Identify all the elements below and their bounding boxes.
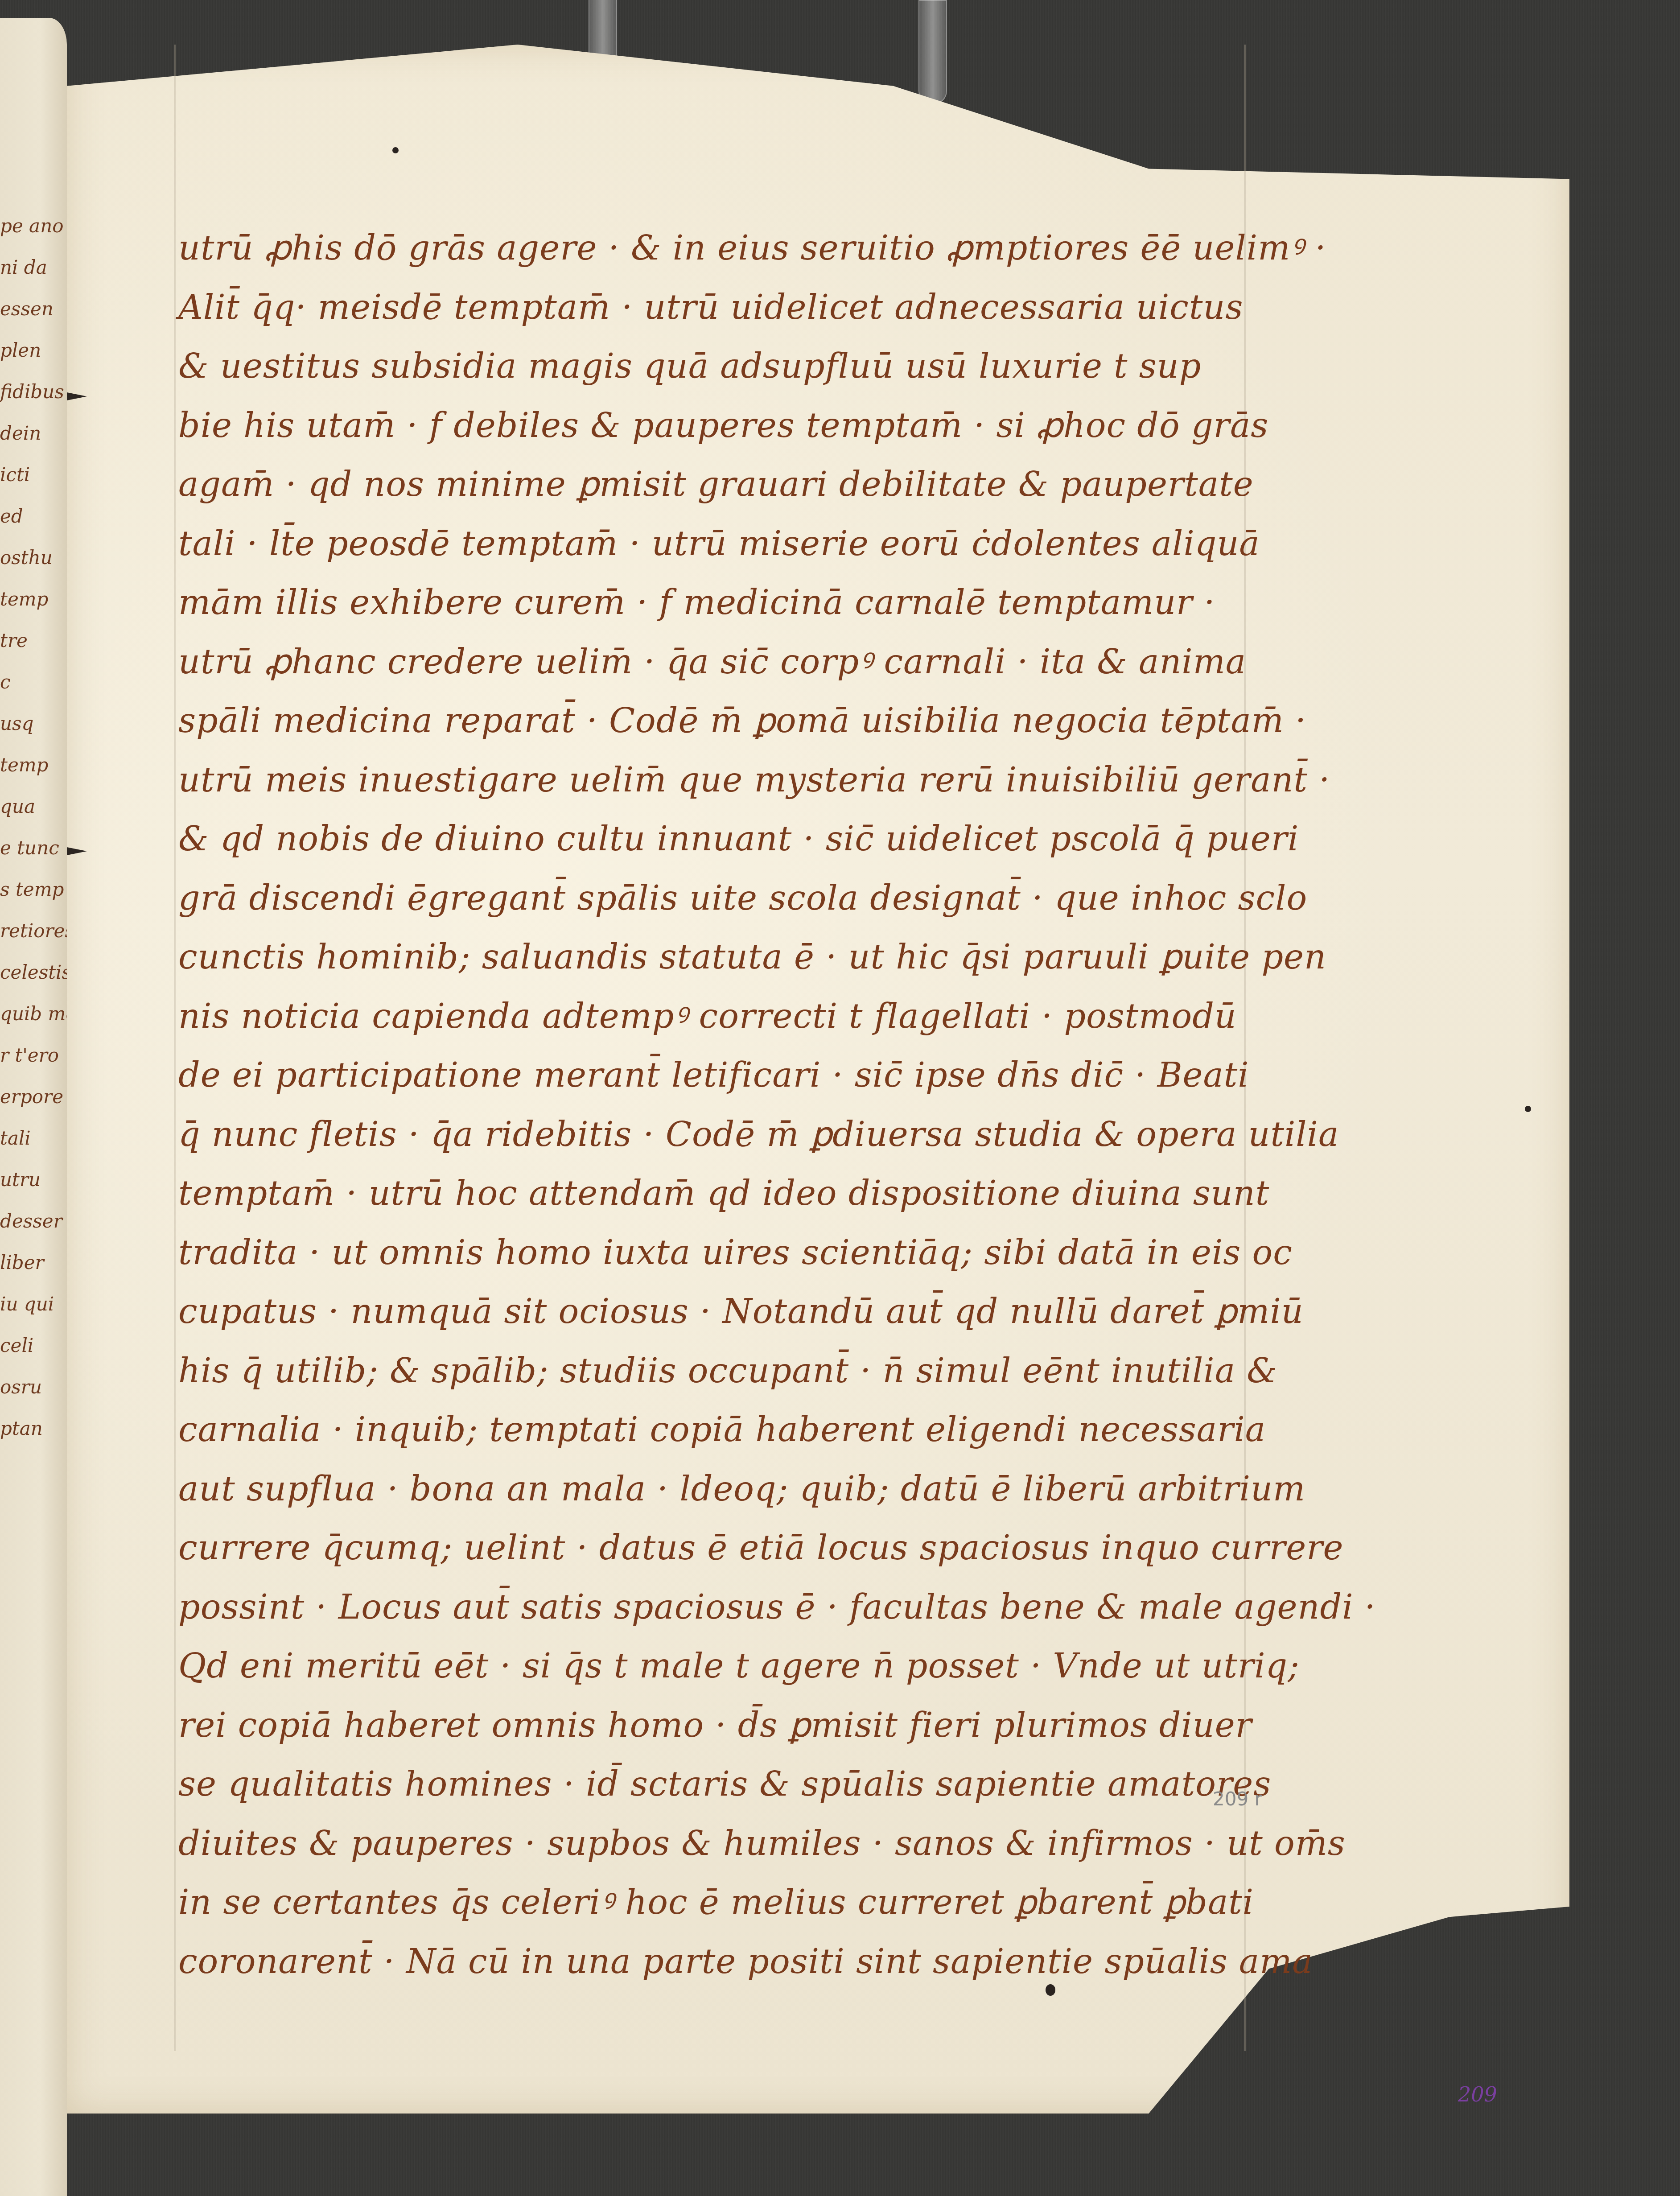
fragment: erpore bbox=[0, 1076, 67, 1117]
fragment: temp bbox=[0, 744, 67, 786]
text-line: utrū ꝓhanc credere uelim̄ · q̄a sic̄ cor… bbox=[178, 632, 1364, 692]
text-line: utrū meis inuestigare uelim̄ que mysteri… bbox=[178, 750, 1364, 810]
facing-page-edge: pe ano ni da essen plen fidibus dein ict… bbox=[0, 18, 67, 2196]
fragment: ed bbox=[0, 495, 67, 537]
fragment: utru bbox=[0, 1159, 67, 1200]
fragment: osthu bbox=[0, 537, 67, 578]
text-line: possint · Locus aut̄ satis spaciosus ē ·… bbox=[178, 1578, 1364, 1637]
text-line: de ei participatione merant̄ letificari … bbox=[178, 1046, 1364, 1105]
fragment: fidibus bbox=[0, 371, 67, 412]
text-line: aut supflua · bona an mala · ldeoq; quib… bbox=[178, 1459, 1364, 1519]
text-line: & uestitus subsidia magis quā adsupfluū … bbox=[178, 337, 1364, 396]
text-line: se qualitatis homines · id̄ sctaris & sp… bbox=[178, 1755, 1364, 1814]
fragment: tre bbox=[0, 620, 67, 661]
text-line: tradita · ut omnis homo iuxta uires scie… bbox=[178, 1223, 1364, 1282]
text-line: mām illis exhibere curem̄ · f medicinā c… bbox=[178, 573, 1364, 632]
fragment: quib me bbox=[0, 993, 67, 1034]
fragment: c bbox=[0, 661, 67, 703]
fragment: retiores bbox=[0, 910, 67, 952]
fragment: desser bbox=[0, 1200, 67, 1242]
manuscript-text-block: utrū ꝓhis dō grās agere · & in eius seru… bbox=[178, 218, 1364, 1991]
fragment: tali bbox=[0, 1117, 67, 1159]
fragment: celestis bbox=[0, 952, 67, 993]
fragment: s temp bbox=[0, 869, 67, 910]
text-line: rei copiā haberet omnis homo · d̄s ꝑmisi… bbox=[178, 1696, 1364, 1755]
fragment: celi bbox=[0, 1325, 67, 1366]
fragment: icti bbox=[0, 454, 67, 495]
ink-speck bbox=[1525, 1106, 1531, 1112]
text-line: cunctis hominib; saluandis statuta ē · u… bbox=[178, 927, 1364, 987]
text-line: bie his utam̄ · f debiles & pauperes tem… bbox=[178, 396, 1364, 455]
text-line: his q̄ utilib; & spālib; studiis occupan… bbox=[178, 1341, 1364, 1401]
fragment: pe ano bbox=[0, 205, 67, 247]
fragment: temp bbox=[0, 578, 67, 620]
text-line: q̄ nunc fletis · q̄a ridebitis · Codē m̄… bbox=[178, 1105, 1364, 1164]
text-line: nis noticia capienda adtempꝰ correcti t … bbox=[178, 987, 1364, 1046]
ink-speck bbox=[392, 147, 399, 153]
fragment: liber bbox=[0, 1242, 67, 1283]
text-line: in se certantes q̄s celeriꝰ hoc ē melius… bbox=[178, 1873, 1364, 1932]
fragment: essen bbox=[0, 288, 67, 330]
text-line: diuites & pauperes · supbos & humiles · … bbox=[178, 1814, 1364, 1873]
fragment: qua bbox=[0, 786, 67, 827]
fragment: dein bbox=[0, 412, 67, 454]
text-line: currere q̄cumq; uelint · datus ē etiā lo… bbox=[178, 1518, 1364, 1578]
text-line: spāli medicina reparat̄ · Codē m̄ ꝑomā u… bbox=[178, 691, 1364, 750]
facing-page-fragments: pe ano ni da essen plen fidibus dein ict… bbox=[0, 205, 67, 1449]
fragment: r t'ero bbox=[0, 1034, 67, 1076]
ruling-line-left bbox=[174, 45, 176, 2051]
fragment: usq bbox=[0, 703, 67, 744]
fragment: plen bbox=[0, 330, 67, 371]
text-line: coronarent̄ · Nā cū in una parte positi … bbox=[178, 1932, 1364, 1991]
text-line: & qd nobis de diuino cultu innuant · sic… bbox=[178, 809, 1364, 869]
fragment: ni da bbox=[0, 247, 67, 288]
text-line: temptam̄ · utrū hoc attendam̄ qd ideo di… bbox=[178, 1164, 1364, 1223]
fragment: osru bbox=[0, 1366, 67, 1408]
text-line: agam̄ · qd nos minime ꝑmisit grauari deb… bbox=[178, 455, 1364, 514]
page-holder-clip bbox=[918, 0, 947, 104]
pencil-folio-number: 209 r bbox=[1213, 1788, 1262, 1810]
text-line: utrū ꝓhis dō grās agere · & in eius seru… bbox=[178, 218, 1364, 278]
text-line: Qd eni meritū eēt · si q̄s t male t ager… bbox=[178, 1636, 1364, 1696]
text-line: grā discendi ēgregant̄ spālis uite scola… bbox=[178, 869, 1364, 928]
text-line: tali · lt̄e peosdē temptam̄ · utrū miser… bbox=[178, 514, 1364, 573]
stamped-folio-number: 209 bbox=[1458, 2082, 1497, 2106]
text-line: cupatus · numquā sit ociosus · Notandū a… bbox=[178, 1282, 1364, 1341]
fragment: iu qui bbox=[0, 1283, 67, 1325]
fragment: e tunc bbox=[0, 827, 67, 869]
fragment: ptan bbox=[0, 1408, 67, 1449]
text-line: carnalia · inquib; temptati copiā habere… bbox=[178, 1400, 1364, 1459]
text-line: Alit̄ q̄q· meisdē temptam̄ · utrū uideli… bbox=[178, 278, 1364, 337]
